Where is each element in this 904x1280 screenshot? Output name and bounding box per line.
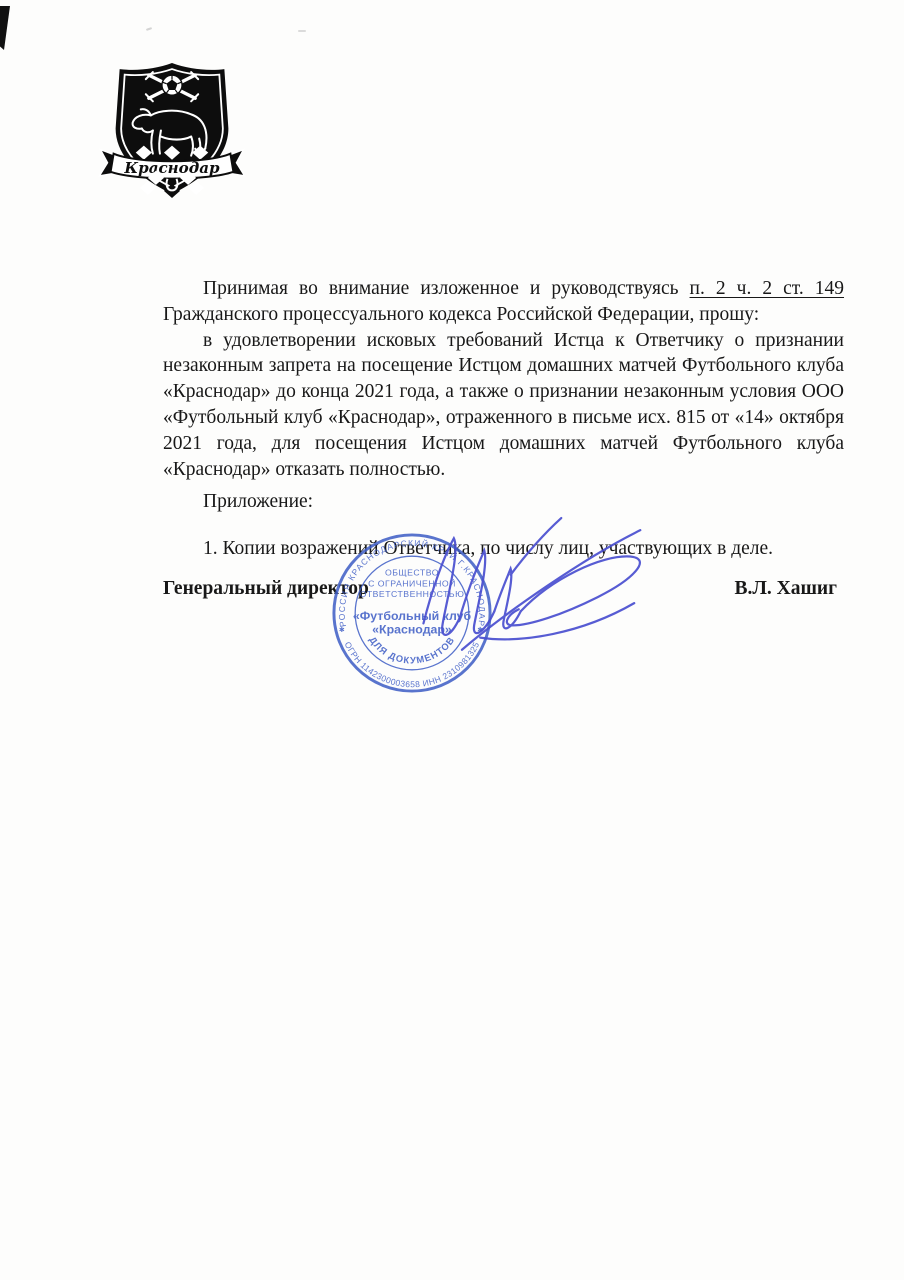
paragraph-2-line: незаконным запрета на посещение Истцом д… [163,353,844,379]
stamp-star-left: ✱ [339,626,345,634]
paragraph-2-line: «Краснодар» отказать полностью. [163,457,844,483]
p1-text: Принимая во внимание изложенное и руково… [203,278,679,299]
legal-reference-underlined: п. 2 ч. 2 ст. 149 [690,278,844,299]
scan-speck [146,27,152,31]
signer-name: В.Л. Хашиг [734,578,837,600]
paragraph-2-line: «Краснодар» до конца 2021 года, а также … [163,379,844,405]
paragraph-2-line: «Футбольный клуб «Краснодар», отраженног… [163,405,844,431]
scanned-letter-page: Краснодар Принимая во внимание изложенно… [0,0,904,1280]
paragraph-2-line: 2021 года, для посещения Истцом домашних… [163,431,844,457]
football-icon [162,75,182,95]
paragraph-2-line: в удовлетворении исковых требований Истц… [163,328,844,354]
scan-speck [298,30,306,32]
signature-strokes [423,518,640,650]
scan-corner-artifact [0,6,10,50]
paragraph-1-line-1: Принимая во внимание изложенное и руково… [163,276,844,302]
fc-krasnodar-crest-logo: Краснодар [96,58,248,204]
banner-club-name: Краснодар [123,159,220,177]
handwritten-signature [408,516,674,668]
attachment-heading: Приложение: [163,489,844,515]
paragraph-1-line-2: Гражданского процессуального кодекса Рос… [163,302,844,328]
